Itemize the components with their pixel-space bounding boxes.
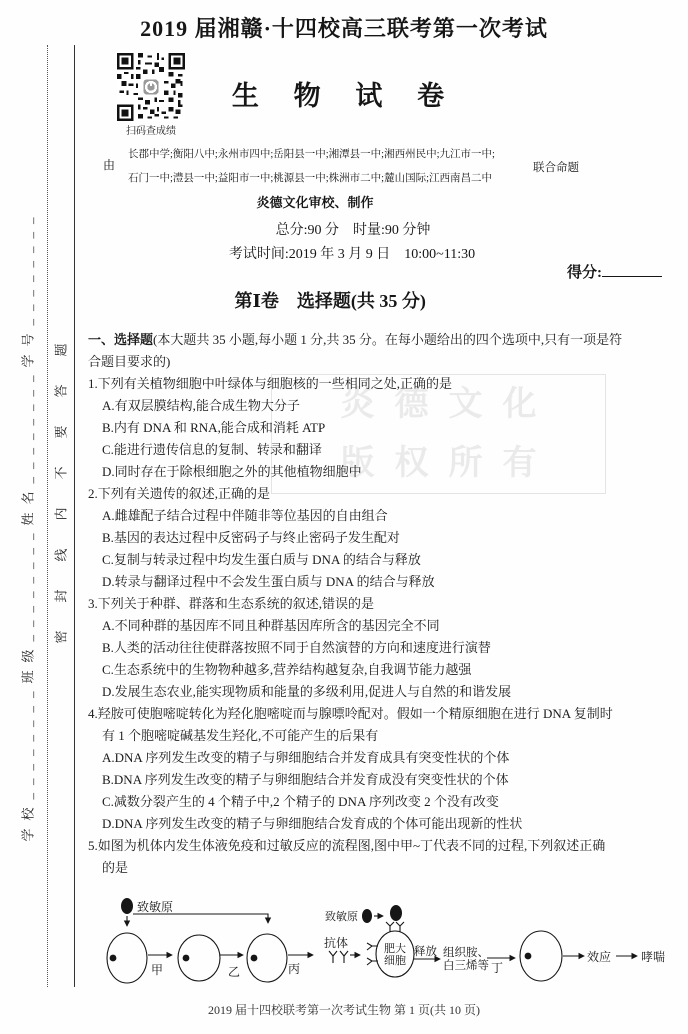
antibody-label: 抗体 [324,935,348,950]
question-5-number: 5. [88,838,98,853]
page-footer: 2019 届十四校联考第一次考试生物 第 1 页(共 10 页) [0,1001,688,1018]
question-4-number: 4. [88,706,98,721]
question-2-option-c: C.复制与转录过程中均发生蛋白质与 DNA 的结合与释放 [88,549,666,571]
margin-seal-text: 密封线内不要答题 [51,285,70,675]
instructions-prefix: 一、选择题 [88,332,153,347]
question-4-option-c: C.减数分裂产生的 4 个精子中,2 个精子的 DNA 序列改变 2 个没有改变 [88,791,666,813]
exam-paper-page: 学校________班级________姓名________学号________… [0,0,688,1034]
question-1-option-c: C.能进行遗传信息的复制、转录和翻译 [88,439,666,461]
question-2-option-b: B.基因的表达过程中反密码子与终止密码子发生配对 [88,527,666,549]
question-4-option-d: D.DNA 序列发生改变的精子与卵细胞结合发育成的个体可能出现新的性状 [88,813,666,835]
question-2-number: 2. [88,486,98,501]
schools-line-2: 石门一中;澧县一中;益阳市一中;桃源县一中;株洲市二中;麓山国际;江西南昌二中 [128,167,538,191]
question-3-number: 3. [88,596,98,611]
question-1-option-d: D.同时存在于除根细胞之外的其他植物细胞中 [88,461,666,483]
mast-cell-label-2: 细胞 [384,954,406,967]
question-1-stem: 1.下列有关植物细胞中叶绿体与细胞核的一些相同之处,正确的是 [88,373,666,395]
joint-proposition-label: 联合命题 [533,159,579,175]
question-2-stem-text: 下列有关遗传的叙述,正确的是 [98,486,270,501]
nucleus-dot [110,955,117,962]
question-4-stem-text: 羟胺可使胞嘧啶转化为羟化胞嘧啶而与腺嘌呤配对。假如一个精原细胞在进行 DNA 复… [98,706,613,721]
outcome-label: 哮喘 [641,949,665,964]
exam-time-line: 考试时间:2019 年 3 月 9 日 10:00~11:30 [12,243,688,263]
schools-line-1: 长郡中学;衡阳八中;永州市四中;岳阳县一中;湘潭县一中;湘西州民中;九江市一中; [128,143,538,167]
subject-title: 生 物 试 卷 [60,74,630,113]
question-3-option-c: C.生态系统中的生物物种越多,营养结构越复杂,自我调节能力越强 [88,659,666,681]
question-1-stem-text: 下列有关植物细胞中叶绿体与细胞核的一些相同之处,正确的是 [98,376,452,391]
allergen-icon [390,905,402,921]
score-blank-line [602,263,662,277]
release-label: 释放 [414,945,437,958]
nucleus-dot [251,955,258,962]
question-5-stem: 5.如图为机体内发生体液免疫和过敏反应的流程图,图中甲~丁代表不同的过程,下列叙… [88,835,666,857]
schools-list: 长郡中学;衡阳八中;永州市四中;岳阳县一中;湘潭县一中;湘西州民中;九江市一中;… [128,143,538,191]
process-c-label: 丙 [288,962,300,976]
nucleus-dot [525,953,532,960]
question-1-option-a: A.有双层膜结构,能合成生物大分子 [88,395,666,417]
process-d-label: 丁 [491,961,503,975]
question-3-option-a: A.不同种群的基因库不同且种群基因库所含的基因完全不同 [88,615,666,637]
seal-solid-line [74,45,75,987]
totals-line: 总分:90 分 时量:90 分钟 [18,219,688,239]
question-2-option-d: D.转录与翻译过程中不会发生蛋白质与 DNA 的结合与释放 [88,571,666,593]
question-3-stem: 3.下列关于种群、群落和生态系统的叙述,错误的是 [88,593,666,615]
question-5-stem-cont: 的是 [88,857,666,879]
allergen-icon [121,898,133,914]
antibody-icon [340,951,348,963]
instructions-text: (本大题共 35 小题,每小题 1 分,共 35 分。在每小题给出的四个选项中,… [153,332,622,347]
mediators-label-1: 组织胺、 [443,946,489,959]
question-4-stem: 4.羟胺可使胞嘧啶转化为羟化胞嘧啶而与腺嘌呤配对。假如一个精原细胞在进行 DNA… [88,703,666,725]
schools-by-label: 由 [103,156,115,173]
question-3-option-b: B.人类的活动往往使群落按照不同于自然演替的方向和速度进行演替 [88,637,666,659]
section-title: 第Ⅰ卷 选择题(共 35 分) [0,287,660,313]
mast-cell-label-1: 肥大 [384,941,406,955]
question-3-option-d: D.发展生态农业,能实现物质和能量的多级利用,促进人与自然的和谐发展 [88,681,666,703]
seal-dotted-line [47,45,48,987]
mediators-label-2: 白三烯等 [443,958,489,972]
allergen2-label: 致敏原 [325,909,358,923]
nucleus-dot [183,955,190,962]
immune-flow-diagram: 致敏原 甲 乙 丙 抗体 致敏原 肥大 细胞 释放 组织胺、 白三烯等 丁 效应… [90,893,675,998]
allergen-label: 致敏原 [137,899,173,914]
question-2-stem: 2.下列有关遗传的叙述,正确的是 [88,483,666,505]
margin-name-fields: 学校________班级________姓名________学号________ [18,86,37,966]
question-1-option-b: B.内有 DNA 和 RNA,能合成和消耗 ATP [88,417,666,439]
question-3-stem-text: 下列关于种群、群落和生态系统的叙述,错误的是 [98,596,374,611]
instructions-line-1: 一、选择题(本大题共 35 小题,每小题 1 分,共 35 分。在每小题给出的四… [88,329,666,351]
effect-label: 效应 [587,949,611,964]
allergen-icon [362,909,372,923]
score-label: 得分: [567,265,602,281]
score-row: 得分: [567,261,662,282]
question-4-stem-cont: 有 1 个胞嘧啶碱基发生羟化,不可能产生的后果有 [88,725,666,747]
process-a-label: 甲 [151,963,163,977]
exam-title: 2019 届湘赣·十四校高三联考第一次考试 [0,12,688,43]
process-b-label: 乙 [228,965,240,979]
question-1-number: 1. [88,376,98,391]
question-body: 一、选择题(本大题共 35 小题,每小题 1 分,共 35 分。在每小题给出的四… [88,329,666,879]
question-2-option-a: A.雌雄配子结合过程中伴随非等位基因的自由组合 [88,505,666,527]
producer-line: 炎德文化审校、制作 [0,192,630,211]
antibody-icon [329,951,337,963]
question-5-stem-text: 如图为机体内发生体液免疫和过敏反应的流程图,图中甲~丁代表不同的过程,下列叙述正… [98,838,606,853]
qr-caption: 扫码查成绩 [107,122,195,137]
question-4-option-b: B.DNA 序列发生改变的精子与卵细胞结合并发育成没有突变性状的个体 [88,769,666,791]
instructions-line-2: 合题目要求的) [88,351,666,373]
question-4-option-a: A.DNA 序列发生改变的精子与卵细胞结合并发育成具有突变性状的个体 [88,747,666,769]
